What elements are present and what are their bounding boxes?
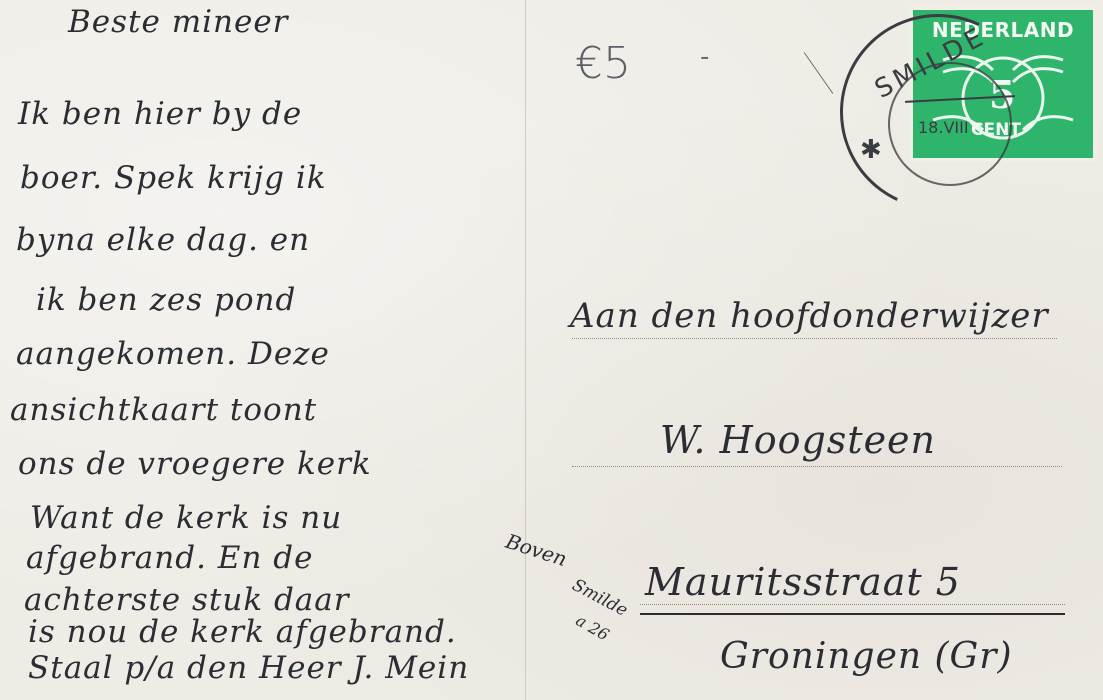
address-line-2: W. Hoogsteen — [660, 418, 936, 462]
address-dotted-line — [640, 604, 1065, 605]
margin-note-line: Smilde — [569, 575, 631, 621]
postcard: Beste mineer Ik ben hier by de boer. Spe… — [0, 0, 1103, 700]
address-dotted-line — [572, 466, 1062, 467]
message-line: Ik ben hier by de — [18, 96, 302, 132]
message-line: achterste stuk daar — [24, 582, 350, 618]
message-line: ansichtkaart toont — [10, 392, 317, 428]
message-line: aangekomen. Deze — [16, 336, 330, 372]
pencil-price-mark: €5 — [575, 38, 631, 89]
address-dotted-line — [572, 338, 1057, 339]
address-line-1: Aan den hoofdonderwijzer — [570, 296, 1049, 336]
postmark-star-icon: ✱ — [860, 135, 882, 165]
message-line: is nou de kerk afgebrand. — [28, 614, 457, 650]
margin-note-line: a 26 — [573, 611, 613, 645]
postmark-date: 18.VIII — [918, 118, 969, 137]
message-line: Staal p/a den Heer J. Mein — [28, 650, 469, 686]
address-line-4: Groningen (Gr) — [720, 636, 1013, 677]
message-line: boer. Spek krijg ik — [20, 160, 327, 196]
message-line: ik ben zes pond — [36, 282, 296, 318]
message-greeting: Beste mineer — [68, 4, 288, 40]
message-line: ons de vroegere kerk — [18, 446, 372, 482]
margin-note-line: Boven — [503, 529, 570, 571]
address-underline — [640, 613, 1065, 615]
pencil-dash: - — [700, 42, 709, 72]
address-line-3: Mauritsstraat 5 — [645, 560, 961, 604]
center-divider — [525, 0, 526, 700]
pencil-stroke — [804, 52, 833, 94]
message-line: byna elke dag. en — [16, 222, 310, 258]
message-line: Want de kerk is nu — [30, 500, 342, 536]
message-line: afgebrand. En de — [26, 540, 313, 576]
